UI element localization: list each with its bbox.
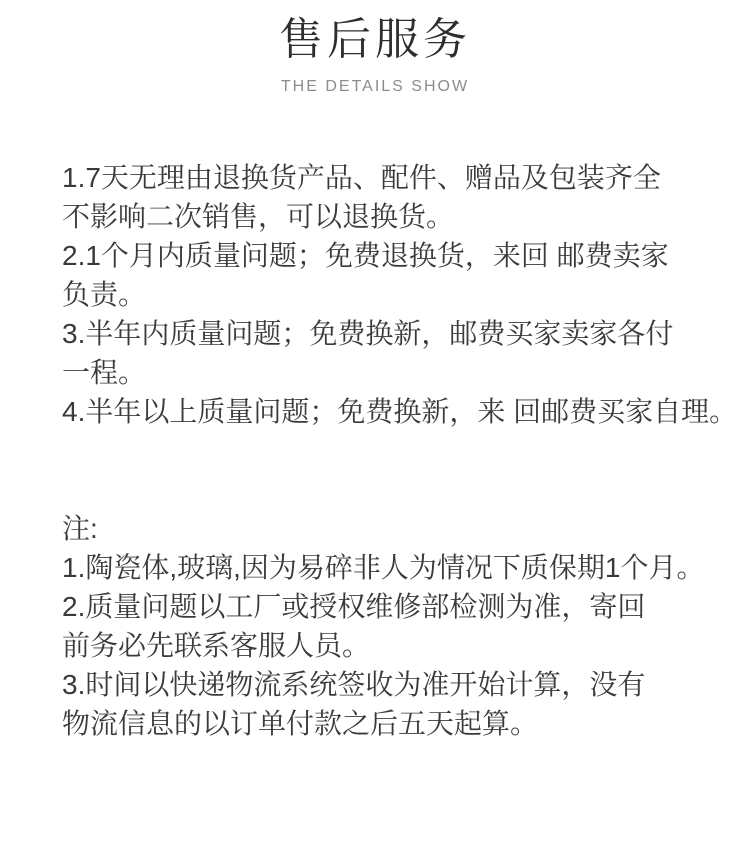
policy-item-1: 1.7天无理由退换货产品、配件、赠品及包装齐全 不影响二次销售，可以退换货。 [62,158,750,236]
notes-section: 注: 1.陶瓷体,玻璃,因为易碎非人为情况下质保期1个月。 2.质量问题以工厂或… [62,509,750,743]
note-item-3: 3.时间以快递物流系统签收为准开始计算，没有 物流信息的以订单付款之后五天起算。 [62,665,750,743]
note-item-2: 2.质量问题以工厂或授权维修部检测为准，寄回 前务必先联系客服人员。 [62,587,750,665]
page-title: 售后服务 [0,14,750,66]
policy-item-4: 4.半年以上质量问题；免费换新，来 回邮费买家自理。 [62,392,750,431]
after-sales-service-page: 售后服务 THE DETAILS SHOW 1.7天无理由退换货产品、配件、赠品… [0,0,750,857]
page-subtitle: THE DETAILS SHOW [0,78,750,96]
notes-label: 注: [62,509,750,548]
policy-item-3: 3.半年内质量问题；免费换新，邮费买家卖家各付 一程。 [62,314,750,392]
note-item-1: 1.陶瓷体,玻璃,因为易碎非人为情况下质保期1个月。 [62,548,750,587]
header: 售后服务 THE DETAILS SHOW [0,0,750,96]
content: 1.7天无理由退换货产品、配件、赠品及包装齐全 不影响二次销售，可以退换货。 2… [0,158,750,743]
policy-item-2: 2.1个月内质量问题；免费退换货，来回 邮费卖家 负责。 [62,236,750,314]
policy-list: 1.7天无理由退换货产品、配件、赠品及包装齐全 不影响二次销售，可以退换货。 2… [62,158,750,431]
